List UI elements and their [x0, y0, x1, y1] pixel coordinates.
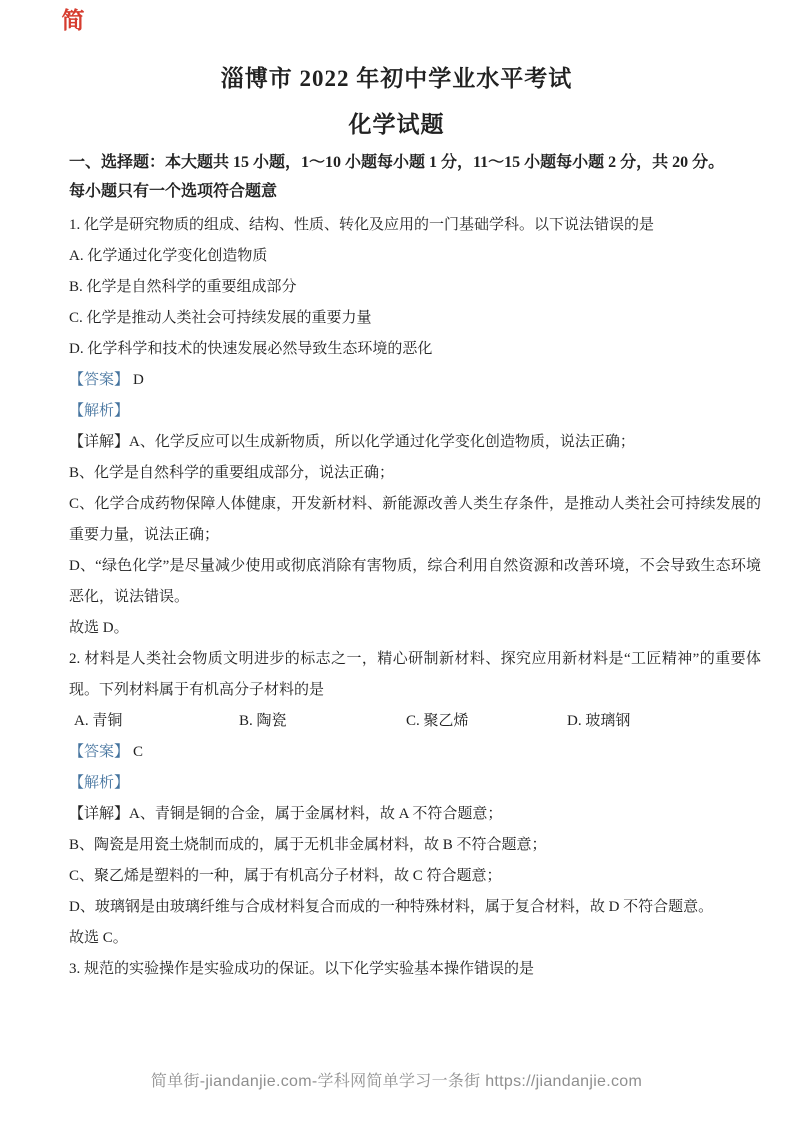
q2-detail-c: C、聚乙烯是塑料的一种，属于有机高分子材料，故 C 符合题意； — [69, 861, 761, 892]
q2-stem: 2. 材料是人类社会物质文明进步的标志之一，精心研制新材料、探究应用新材料是“工… — [69, 644, 761, 706]
q2-detail-a-text: A、青铜是铜的合金，属于金属材料，故 A 不符合题意； — [129, 806, 502, 822]
q2-detail-b: B、陶瓷是用瓷土烧制而成的，属于无机非金属材料，故 B 不符合题意； — [69, 830, 761, 861]
exam-document-page: 简 淄博市 2022 年初中学业水平考试 化学试题 一、选择题：本大题共 15 … — [0, 0, 793, 1122]
q2-answer-value: C — [133, 744, 143, 760]
exam-title: 淄博市 2022 年初中学业水平考试 — [0, 64, 793, 94]
site-logo-icon: 简 — [58, 6, 88, 34]
q1-analysis-line: 【解析】 — [69, 396, 761, 427]
q2-detail-a: 【详解】A、青铜是铜的合金，属于金属材料，故 A 不符合题意； — [69, 799, 761, 830]
detail-label: 【详解】 — [69, 806, 129, 822]
q1-option-c: C. 化学是推动人类社会可持续发展的重要力量 — [69, 303, 761, 334]
q2-conclusion: 故选 C。 — [69, 923, 761, 954]
q1-answer-value: D — [133, 372, 144, 388]
q1-option-a: A. 化学通过化学变化创造物质 — [69, 241, 761, 272]
q1-detail-a-text: A、化学反应可以生成新物质，所以化学通过化学变化创造物质，说法正确； — [129, 434, 635, 450]
section-instructions-line2: 每小题只有一个选项符合题意 — [69, 177, 769, 206]
answer-label: 【答案】 — [69, 372, 129, 388]
exam-subtitle: 化学试题 — [0, 110, 793, 140]
q1-conclusion: 故选 D。 — [69, 613, 761, 644]
q1-option-d: D. 化学科学和技术的快速发展必然导致生态环境的恶化 — [69, 334, 761, 365]
q1-detail-d: D、“绿色化学”是尽量减少使用或彻底消除有害物质，综合利用自然资源和改善环境，不… — [69, 551, 761, 613]
analysis-label: 【解析】 — [69, 775, 129, 791]
answer-label: 【答案】 — [69, 744, 129, 760]
q2-option-a: A. 青铜 — [74, 706, 122, 737]
q1-detail-a: 【详解】A、化学反应可以生成新物质，所以化学通过化学变化创造物质，说法正确； — [69, 427, 761, 458]
exam-body: 1. 化学是研究物质的组成、结构、性质、转化及应用的一门基础学科。以下说法错误的… — [69, 210, 761, 985]
q2-detail-d: D、玻璃钢是由玻璃纤维与合成材料复合而成的一种特殊材料，属于复合材料，故 D 不… — [69, 892, 761, 923]
q1-answer-line: 【答案】D — [69, 365, 761, 396]
analysis-label: 【解析】 — [69, 403, 129, 419]
section-instructions: 一、选择题：本大题共 15 小题，1～10 小题每小题 1 分，11～15 小题… — [69, 148, 769, 206]
q2-option-c: C. 聚乙烯 — [406, 706, 469, 737]
q2-option-b: B. 陶瓷 — [239, 706, 287, 737]
q2-answer-line: 【答案】C — [69, 737, 761, 768]
q2-analysis-line: 【解析】 — [69, 768, 761, 799]
q1-detail-c: C、化学合成药物保障人体健康，开发新材料、新能源改善人类生存条件，是推动人类社会… — [69, 489, 761, 551]
detail-label: 【详解】 — [69, 434, 129, 450]
section-instructions-line1: 一、选择题：本大题共 15 小题，1～10 小题每小题 1 分，11～15 小题… — [69, 148, 769, 177]
q2-option-d: D. 玻璃钢 — [567, 706, 630, 737]
q1-option-b: B. 化学是自然科学的重要组成部分 — [69, 272, 761, 303]
watermark-footer: 简单街-jiandanjie.com-学科网简单学习一条街 https://ji… — [0, 1071, 793, 1093]
q1-stem: 1. 化学是研究物质的组成、结构、性质、转化及应用的一门基础学科。以下说法错误的… — [69, 210, 761, 241]
q3-stem: 3. 规范的实验操作是实验成功的保证。以下化学实验基本操作错误的是 — [69, 954, 761, 985]
q2-options-row: A. 青铜 B. 陶瓷 C. 聚乙烯 D. 玻璃钢 — [69, 706, 761, 737]
q1-detail-b: B、化学是自然科学的重要组成部分，说法正确； — [69, 458, 761, 489]
